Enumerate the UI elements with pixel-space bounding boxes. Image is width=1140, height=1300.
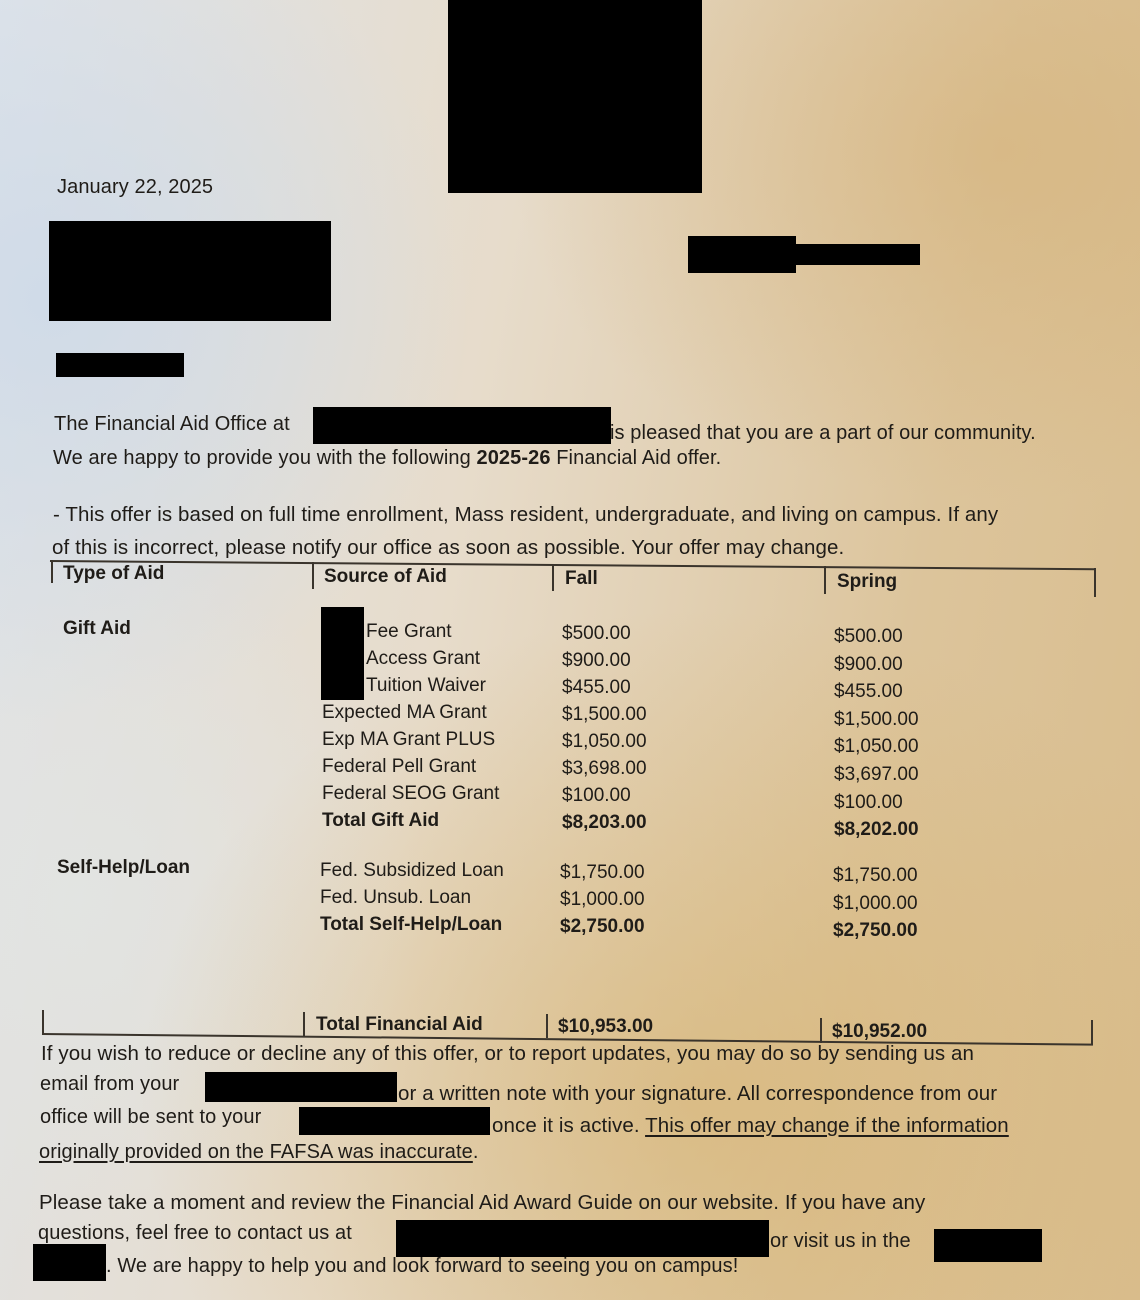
- redacted-grant-prefix: [321, 607, 364, 700]
- redacted-email-2: [299, 1107, 490, 1135]
- redacted-contact: [396, 1220, 769, 1257]
- section-total-spring: $2,750.00: [833, 920, 918, 942]
- redacted-id-left: [688, 236, 796, 273]
- closing-p2-line2-prefix: questions, feel free to contact us at: [38, 1222, 352, 1245]
- intro-line2-suffix: Financial Aid offer.: [551, 447, 722, 469]
- aid-spring-amount: $500.00: [834, 626, 903, 648]
- intro-line1-prefix: The Financial Aid Office at: [54, 413, 290, 436]
- aid-source: Fed. Subsidized Loan: [320, 860, 504, 882]
- aid-source: Federal Pell Grant: [322, 756, 476, 778]
- header-spring: Spring: [837, 571, 897, 593]
- aid-source: Fee Grant: [366, 621, 452, 643]
- aid-spring-amount: $3,697.00: [834, 764, 919, 786]
- total-col3-divider: [546, 1014, 548, 1038]
- grand-total-fall: $10,953.00: [558, 1016, 653, 1038]
- closing-p1-line2-prefix: email from your: [40, 1073, 179, 1096]
- header-fall: Fall: [565, 568, 598, 590]
- redacted-institution-name: [313, 407, 611, 444]
- aid-fall-amount: $500.00: [562, 623, 631, 645]
- aid-source: Expected MA Grant: [322, 702, 487, 724]
- table-col2-divider: [312, 562, 314, 589]
- closing-p1-period: .: [473, 1141, 479, 1163]
- closing-p2-line2-suffix: or visit us in the: [770, 1230, 911, 1253]
- aid-fall-amount: $900.00: [562, 650, 631, 672]
- closing-p1-line3-suffix: once it is active. This offer may change…: [492, 1114, 1009, 1138]
- redacted-id-right: [796, 244, 920, 265]
- aid-fall-amount: $1,750.00: [560, 862, 645, 884]
- aid-fall-amount: $3,698.00: [562, 758, 647, 780]
- table-right-tick: [1094, 568, 1096, 597]
- fafsa-warning-part2: originally provided on the FAFSA was ina…: [39, 1141, 473, 1163]
- redacted-office-location-1: [934, 1229, 1042, 1262]
- grand-total-label: Total Financial Aid: [316, 1014, 483, 1036]
- section-gift-aid: Gift Aid: [63, 618, 131, 640]
- aid-spring-amount: $100.00: [834, 792, 903, 814]
- aid-spring-amount: $455.00: [834, 681, 903, 703]
- closing-p1-line2-suffix: or a written note with your signature. A…: [398, 1082, 997, 1106]
- aid-fall-amount: $100.00: [562, 785, 631, 807]
- table-left-tick: [51, 560, 53, 583]
- intro-line2: We are happy to provide you with the fol…: [53, 447, 721, 470]
- redacted-office-location-2: [33, 1244, 106, 1281]
- total-col4-divider: [820, 1018, 822, 1043]
- total-left-tick: [42, 1010, 44, 1034]
- redacted-address-block: [49, 221, 331, 321]
- closing-p1-line1: If you wish to reduce or decline any of …: [41, 1042, 974, 1066]
- aid-spring-amount: $1,050.00: [834, 736, 919, 758]
- aid-fall-amount: $1,050.00: [562, 731, 647, 753]
- aid-fall-amount: $455.00: [562, 677, 631, 699]
- table-col3-divider: [552, 564, 554, 591]
- table-col4-divider: [824, 566, 826, 594]
- section-total-spring: $8,202.00: [834, 819, 919, 841]
- letter-date: January 22, 2025: [57, 176, 213, 199]
- redacted-salutation: [56, 353, 184, 377]
- redacted-email-1: [205, 1072, 397, 1102]
- aid-spring-amount: $1,000.00: [833, 893, 918, 915]
- aid-source: Federal SEOG Grant: [322, 783, 499, 805]
- aid-source: Tuition Waiver: [366, 675, 486, 697]
- aid-spring-amount: $1,500.00: [834, 709, 919, 731]
- aid-fall-amount: $1,500.00: [562, 704, 647, 726]
- closing-p2-line3: . We are happy to help you and look forw…: [106, 1255, 738, 1278]
- closing-p1-line3-prefix: office will be sent to your: [40, 1106, 261, 1129]
- aid-source: Access Grant: [366, 648, 480, 670]
- redacted-logo: [448, 0, 702, 193]
- grand-total-spring: $10,952.00: [832, 1021, 927, 1043]
- offer-year: 2025-26: [476, 447, 550, 469]
- section-total-label: Total Gift Aid: [322, 810, 439, 832]
- section-total-fall: $2,750.00: [560, 916, 645, 938]
- fafsa-warning-part1: This offer may change if the information: [645, 1114, 1009, 1137]
- intro-line2-prefix: We are happy to provide you with the fol…: [53, 447, 476, 469]
- total-right-tick: [1091, 1020, 1093, 1045]
- aid-fall-amount: $1,000.00: [560, 889, 645, 911]
- section-self-help-loan: Self-Help/Loan: [57, 857, 190, 879]
- section-total-fall: $8,203.00: [562, 812, 647, 834]
- closing-p1-line3-text: once it is active.: [492, 1114, 645, 1137]
- header-source-of-aid: Source of Aid: [324, 566, 447, 588]
- intro-line1-suffix: is pleased that you are a part of our co…: [610, 422, 1036, 445]
- closing-p1-line4: originally provided on the FAFSA was ina…: [39, 1141, 479, 1164]
- aid-source: Fed. Unsub. Loan: [320, 887, 471, 909]
- header-type-of-aid: Type of Aid: [63, 563, 164, 585]
- closing-p2-line1: Please take a moment and review the Fina…: [39, 1191, 925, 1215]
- total-col2-divider: [303, 1012, 305, 1036]
- aid-source: Exp MA Grant PLUS: [322, 729, 495, 751]
- aid-spring-amount: $1,750.00: [833, 865, 918, 887]
- notice-line1: - This offer is based on full time enrol…: [53, 503, 998, 527]
- section-total-label: Total Self-Help/Loan: [320, 914, 502, 936]
- notice-line2: of this is incorrect, please notify our …: [52, 536, 844, 560]
- aid-spring-amount: $900.00: [834, 654, 903, 676]
